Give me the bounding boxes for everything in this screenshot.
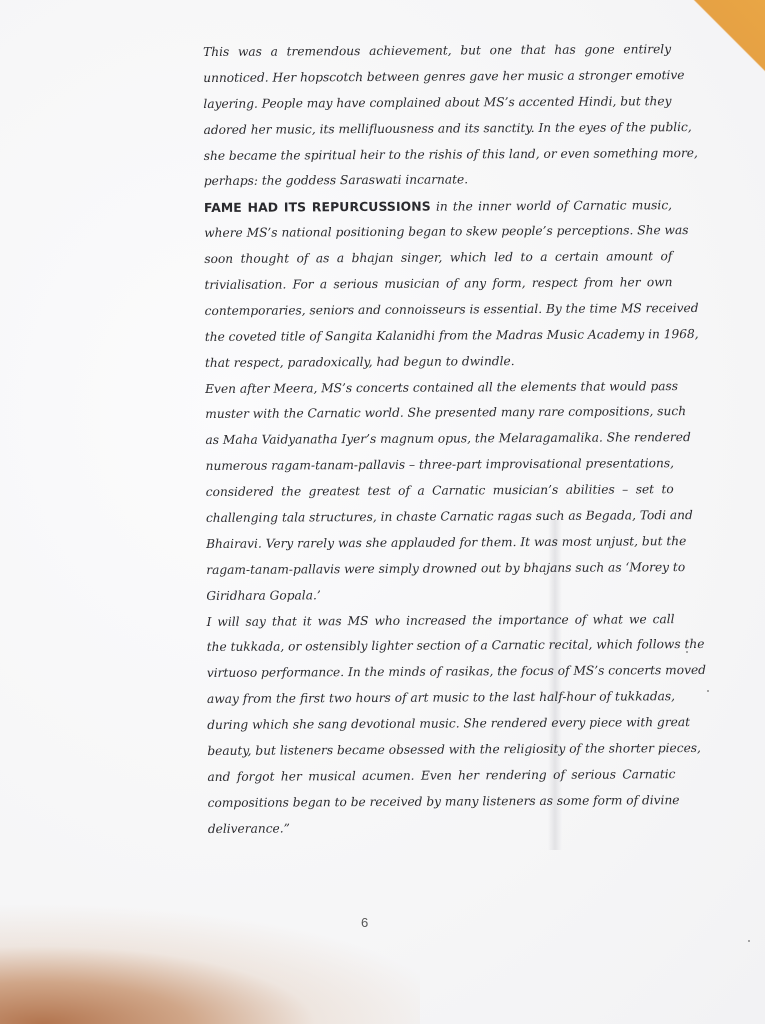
text-line: unnoticed. Her hopscotch between genres … xyxy=(203,63,671,92)
dust-speck xyxy=(686,651,688,653)
text-line: numerous ragam-tanam-pallavis – three-pa… xyxy=(206,451,674,480)
page-number: 6 xyxy=(361,915,368,930)
text-line: considered the greatest test of a Carnat… xyxy=(206,477,674,506)
text-line: virtuoso performance. In the minds of ra… xyxy=(207,659,675,688)
text-line: Bhairavi. Very rarely was she applauded … xyxy=(206,529,674,558)
section-heading: FAME HAD ITS REPURCUSSIONS xyxy=(204,199,431,215)
text-line: perhaps: the goddess Saraswati incarnate… xyxy=(204,167,672,196)
text-line: Giridhara Gopala.’ xyxy=(206,581,674,610)
text-line: contemporaries, seniors and connoisseurs… xyxy=(205,296,673,325)
paragraph-3: Even after Meera, MS’s concerts containe… xyxy=(205,374,674,610)
text-line: beauty, but listeners became obsessed wi… xyxy=(207,736,675,765)
text-line: deliverance.” xyxy=(208,814,676,843)
text-line: muster with the Carnatic world. She pres… xyxy=(205,400,673,429)
paragraph-4: I will say that it was MS who increased … xyxy=(206,607,675,843)
text-line: layering. People may have complained abo… xyxy=(203,89,671,118)
text-line: ragam-tanam-pallavis were simply drowned… xyxy=(206,555,674,584)
text-line: away from the first two hours of art mus… xyxy=(207,684,675,713)
hand-shadow xyxy=(0,874,420,1024)
text-line: where MS’s national positioning began to… xyxy=(204,218,672,247)
dust-speck xyxy=(707,690,709,692)
text-line: as Maha Vaidyanatha Iyer’s magnum opus, … xyxy=(205,425,673,454)
heading-line-rest: in the inner world of Carnatic music, xyxy=(431,198,672,213)
text-line: soon thought of as a bhajan singer, whic… xyxy=(204,244,672,273)
text-line: I will say that it was MS who increased … xyxy=(206,607,674,636)
text-line: the coveted title of Sangita Kalanidhi f… xyxy=(205,322,673,351)
text-line: adored her music, its mellifluousness an… xyxy=(203,115,671,144)
text-line: trivialisation. For a serious musician o… xyxy=(204,270,672,299)
text-line: during which she sang devotional music. … xyxy=(207,710,675,739)
text-line: compositions began to be received by man… xyxy=(208,788,676,817)
text-line: and forgot her musical acumen. Even her … xyxy=(207,762,675,791)
paragraph-1: This was a tremendous achievement, but o… xyxy=(203,37,672,195)
text-line: This was a tremendous achievement, but o… xyxy=(203,37,671,66)
text-line: FAME HAD ITS REPURCUSSIONS in the inner … xyxy=(204,192,672,221)
text-line: she became the spiritual heir to the ris… xyxy=(204,141,672,170)
scanned-page: This was a tremendous achievement, but o… xyxy=(0,0,765,1024)
dust-speck xyxy=(748,940,750,942)
text-line: that respect, paradoxically, had begun t… xyxy=(205,348,673,377)
paragraph-2: FAME HAD ITS REPURCUSSIONS in the inner … xyxy=(204,192,673,376)
text-line: Even after Meera, MS’s concerts containe… xyxy=(205,374,673,403)
text-line: the tukkada, or ostensibly lighter secti… xyxy=(207,633,675,662)
body-text: This was a tremendous achievement, but o… xyxy=(203,37,676,842)
text-line: challenging tala structures, in chaste C… xyxy=(206,503,674,532)
